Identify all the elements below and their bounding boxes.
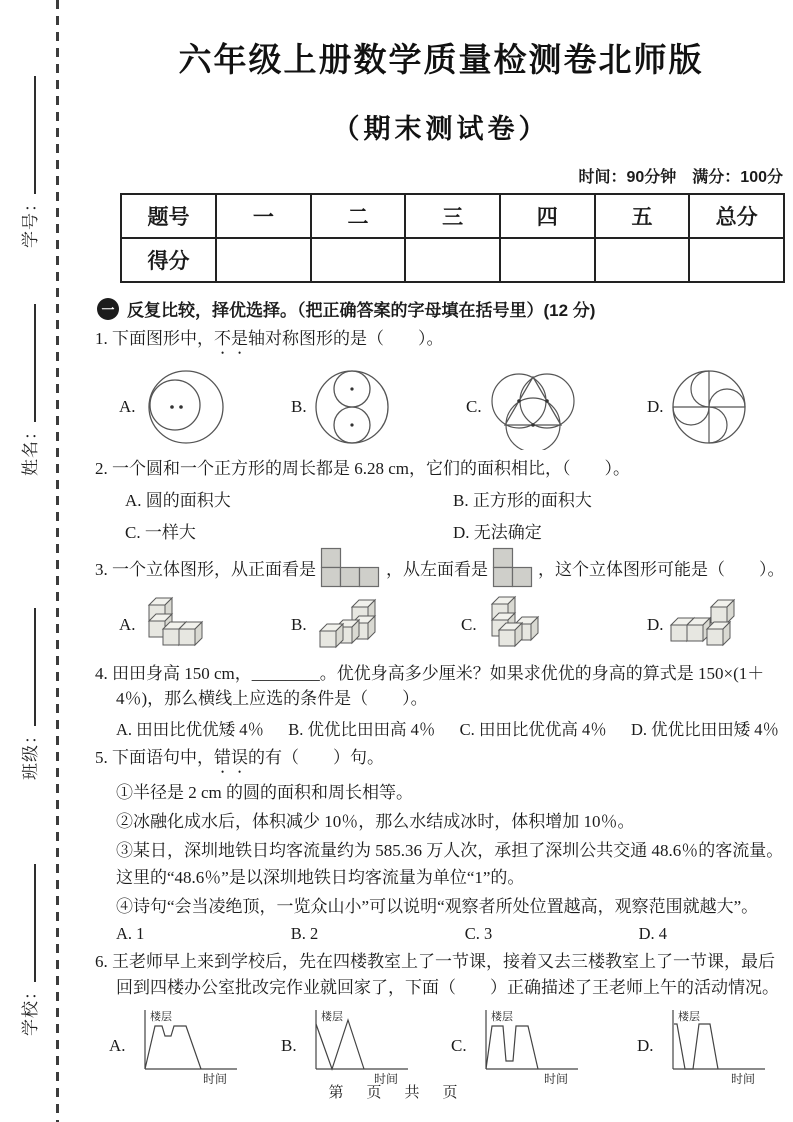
q3-figure-b-cubes-icon bbox=[312, 596, 392, 654]
q3-option-c: C. bbox=[461, 595, 647, 655]
name-blank-line bbox=[30, 304, 36, 422]
question-1-figures: A. B. C. bbox=[119, 364, 787, 450]
q6-option-c: C. 楼层 时间 bbox=[451, 1006, 637, 1086]
score-col-1: 一 bbox=[216, 194, 311, 238]
paper-main: 六年级上册数学质量检测卷北师版 （期末测试卷） 时间：90分钟 满分：100分 … bbox=[95, 0, 787, 1092]
q1-option-a: A. bbox=[119, 367, 291, 447]
score-col-total: 总分 bbox=[689, 194, 784, 238]
svg-text:楼层: 楼层 bbox=[150, 1009, 172, 1023]
q5-option-d: D. 4 bbox=[639, 924, 667, 944]
name-field: 姓名： bbox=[16, 304, 41, 476]
q3-option-d: D. bbox=[647, 596, 749, 654]
q5-option-a: A. 1 bbox=[116, 924, 144, 944]
score-col-4: 四 bbox=[500, 194, 595, 238]
score-col-3: 三 bbox=[405, 194, 500, 238]
school-field: 学校： bbox=[16, 864, 41, 1036]
student-id-field: 学号： bbox=[16, 76, 41, 248]
q1-figure-b-circles-icon bbox=[312, 367, 392, 447]
q2-option-c: C. 一样大 bbox=[125, 518, 453, 543]
q5-option-b: B. 2 bbox=[291, 924, 319, 944]
q2-option-b: B. 正方形的面积大 bbox=[453, 486, 787, 511]
score-table-header-row: 题号 一 二 三 四 五 总分 bbox=[121, 194, 784, 238]
score-cell bbox=[216, 238, 311, 282]
q6-graph-c-icon: 楼层 时间 bbox=[472, 1006, 590, 1086]
section-one-badge-icon: 一 bbox=[97, 298, 119, 320]
question-4-options: A. 田田比优优矮 4％ B. 优优比田田高 4％ C. 田田比优优高 4％ D… bbox=[116, 716, 779, 740]
question-6-text: 6. 王老师早上来到学校后，先在四楼教室上了一节课，接着又去三楼教室上了一节课，… bbox=[95, 949, 787, 1000]
question-5-text: 5. 下面语句中，错误的有（ ）句。 bbox=[95, 745, 787, 777]
q5-statement-2: ②冰融化成水后，体积减少 10％，那么水结成冰时，体积增加 10％。 bbox=[95, 808, 787, 835]
score-row-label: 得分 bbox=[121, 238, 216, 282]
q3-figure-a-cubes-icon bbox=[141, 596, 219, 654]
q6-option-a: A. 楼层 时间 bbox=[109, 1006, 281, 1086]
question-6-graphs: A. 楼层 时间 B. 楼层 时间 C. bbox=[109, 1006, 787, 1086]
svg-text:楼层: 楼层 bbox=[678, 1009, 700, 1023]
q1-figure-a-circles-icon bbox=[141, 367, 227, 447]
q1-option-c: C. bbox=[461, 364, 647, 450]
score-col-2: 二 bbox=[311, 194, 406, 238]
question-2-text: 2. 一个圆和一个正方形的周长都是 6.28 cm，它们的面积相比，（ ）。 bbox=[95, 456, 787, 482]
q1-figure-c-trefoil-icon bbox=[487, 364, 579, 450]
q4-option-c: C. 田田比优优高 4％ bbox=[460, 716, 607, 740]
score-cell bbox=[405, 238, 500, 282]
q1-figure-d-pinwheel-icon bbox=[669, 367, 749, 447]
paper-title: 六年级上册数学质量检测卷北师版 bbox=[95, 34, 787, 81]
q5-option-c: C. 3 bbox=[465, 924, 493, 944]
score-cell bbox=[500, 238, 595, 282]
q2-option-d: D. 无法确定 bbox=[453, 518, 787, 543]
score-col-5: 五 bbox=[595, 194, 690, 238]
q5-statement-1: ①半径是 2 cm 的圆的面积和周长相等。 bbox=[95, 779, 787, 806]
q3-figure-c-cubes-icon bbox=[482, 595, 560, 655]
section-one-title: 反复比较，择优选择。（把正确答案的字母填在括号里）(12 分) bbox=[127, 296, 595, 321]
q6-option-d: D. 楼层 时间 bbox=[637, 1006, 777, 1086]
question-1-emphasis: 不是 bbox=[214, 329, 248, 348]
q3-option-b: B. bbox=[291, 596, 461, 654]
q5-statement-4: ④诗句“会当凌绝顶，一览众山小”可以说明“观察者所处位置越高，观察范围就越大”。 bbox=[95, 893, 787, 920]
score-cell bbox=[311, 238, 406, 282]
q3-figure-d-cubes-icon bbox=[669, 596, 749, 654]
question-5-options: A. 1 B. 2 C. 3 D. 4 bbox=[116, 924, 667, 944]
binding-dashed-line bbox=[56, 0, 59, 1122]
q4-option-d: D. 优优比田田矮 4％ bbox=[631, 716, 779, 740]
q4-option-a: A. 田田比优优矮 4％ bbox=[116, 716, 264, 740]
q3-option-a: A. bbox=[119, 596, 291, 654]
svg-text:时间: 时间 bbox=[731, 1071, 755, 1086]
paper-subtitle: （期末测试卷） bbox=[95, 107, 787, 146]
school-label: 学校： bbox=[21, 982, 40, 1036]
class-field: 班级： bbox=[16, 608, 41, 780]
svg-text:楼层: 楼层 bbox=[491, 1009, 513, 1023]
q4-option-b: B. 优优比田田高 4％ bbox=[288, 716, 435, 740]
page-footer: 第 页 共 页 bbox=[95, 1081, 695, 1102]
q3-side-view-icon bbox=[492, 547, 534, 589]
q6-option-b: B. 楼层 时间 bbox=[281, 1006, 451, 1086]
question-3-text: 3. 一个立体图形，从正面看是 ，从左面看是 ，这个立体图形可能是（ ）。 bbox=[95, 547, 787, 589]
svg-text:楼层: 楼层 bbox=[321, 1009, 343, 1023]
class-blank-line bbox=[30, 608, 36, 726]
class-label: 班级： bbox=[21, 726, 40, 780]
score-table: 题号 一 二 三 四 五 总分 得分 bbox=[120, 193, 785, 283]
q1-option-d: D. bbox=[647, 367, 749, 447]
student-id-label: 学号： bbox=[21, 194, 40, 248]
q3-front-view-icon bbox=[320, 547, 382, 589]
score-table-corner: 题号 bbox=[121, 194, 216, 238]
name-label: 姓名： bbox=[21, 422, 40, 476]
q6-graph-a-icon: 楼层 时间 bbox=[131, 1006, 249, 1086]
question-4-text: 4. 田田身高 150 cm，________。优优身高多少厘米？如果求优优的身… bbox=[95, 661, 787, 712]
score-table-score-row: 得分 bbox=[121, 238, 784, 282]
section-one-header: 一 反复比较，择优选择。（把正确答案的字母填在括号里）(12 分) bbox=[97, 296, 787, 321]
question-5-emphasis: 错误 bbox=[214, 748, 248, 767]
school-blank-line bbox=[30, 864, 36, 982]
question-2-options: A. 圆的面积大 B. 正方形的面积大 C. 一样大 D. 无法确定 bbox=[125, 486, 787, 543]
question-1-text: 1. 下面图形中，不是轴对称图形的是（ ）。 bbox=[95, 326, 787, 358]
q6-graph-b-icon: 楼层 时间 bbox=[302, 1006, 420, 1086]
score-cell bbox=[689, 238, 784, 282]
time-score-info: 时间：90分钟 满分：100分 bbox=[95, 164, 783, 187]
q5-statement-3: ③某日，深圳地铁日均客流量约为 585.36 万人次，承担了深圳公共交通 48.… bbox=[95, 837, 787, 891]
q1-option-b: B. bbox=[291, 367, 461, 447]
q6-graph-d-icon: 楼层 时间 bbox=[659, 1006, 777, 1086]
student-id-blank-line bbox=[30, 76, 36, 194]
question-3-figures: A. B. C. D. bbox=[119, 595, 787, 655]
q2-option-a: A. 圆的面积大 bbox=[125, 486, 453, 511]
score-cell bbox=[595, 238, 690, 282]
